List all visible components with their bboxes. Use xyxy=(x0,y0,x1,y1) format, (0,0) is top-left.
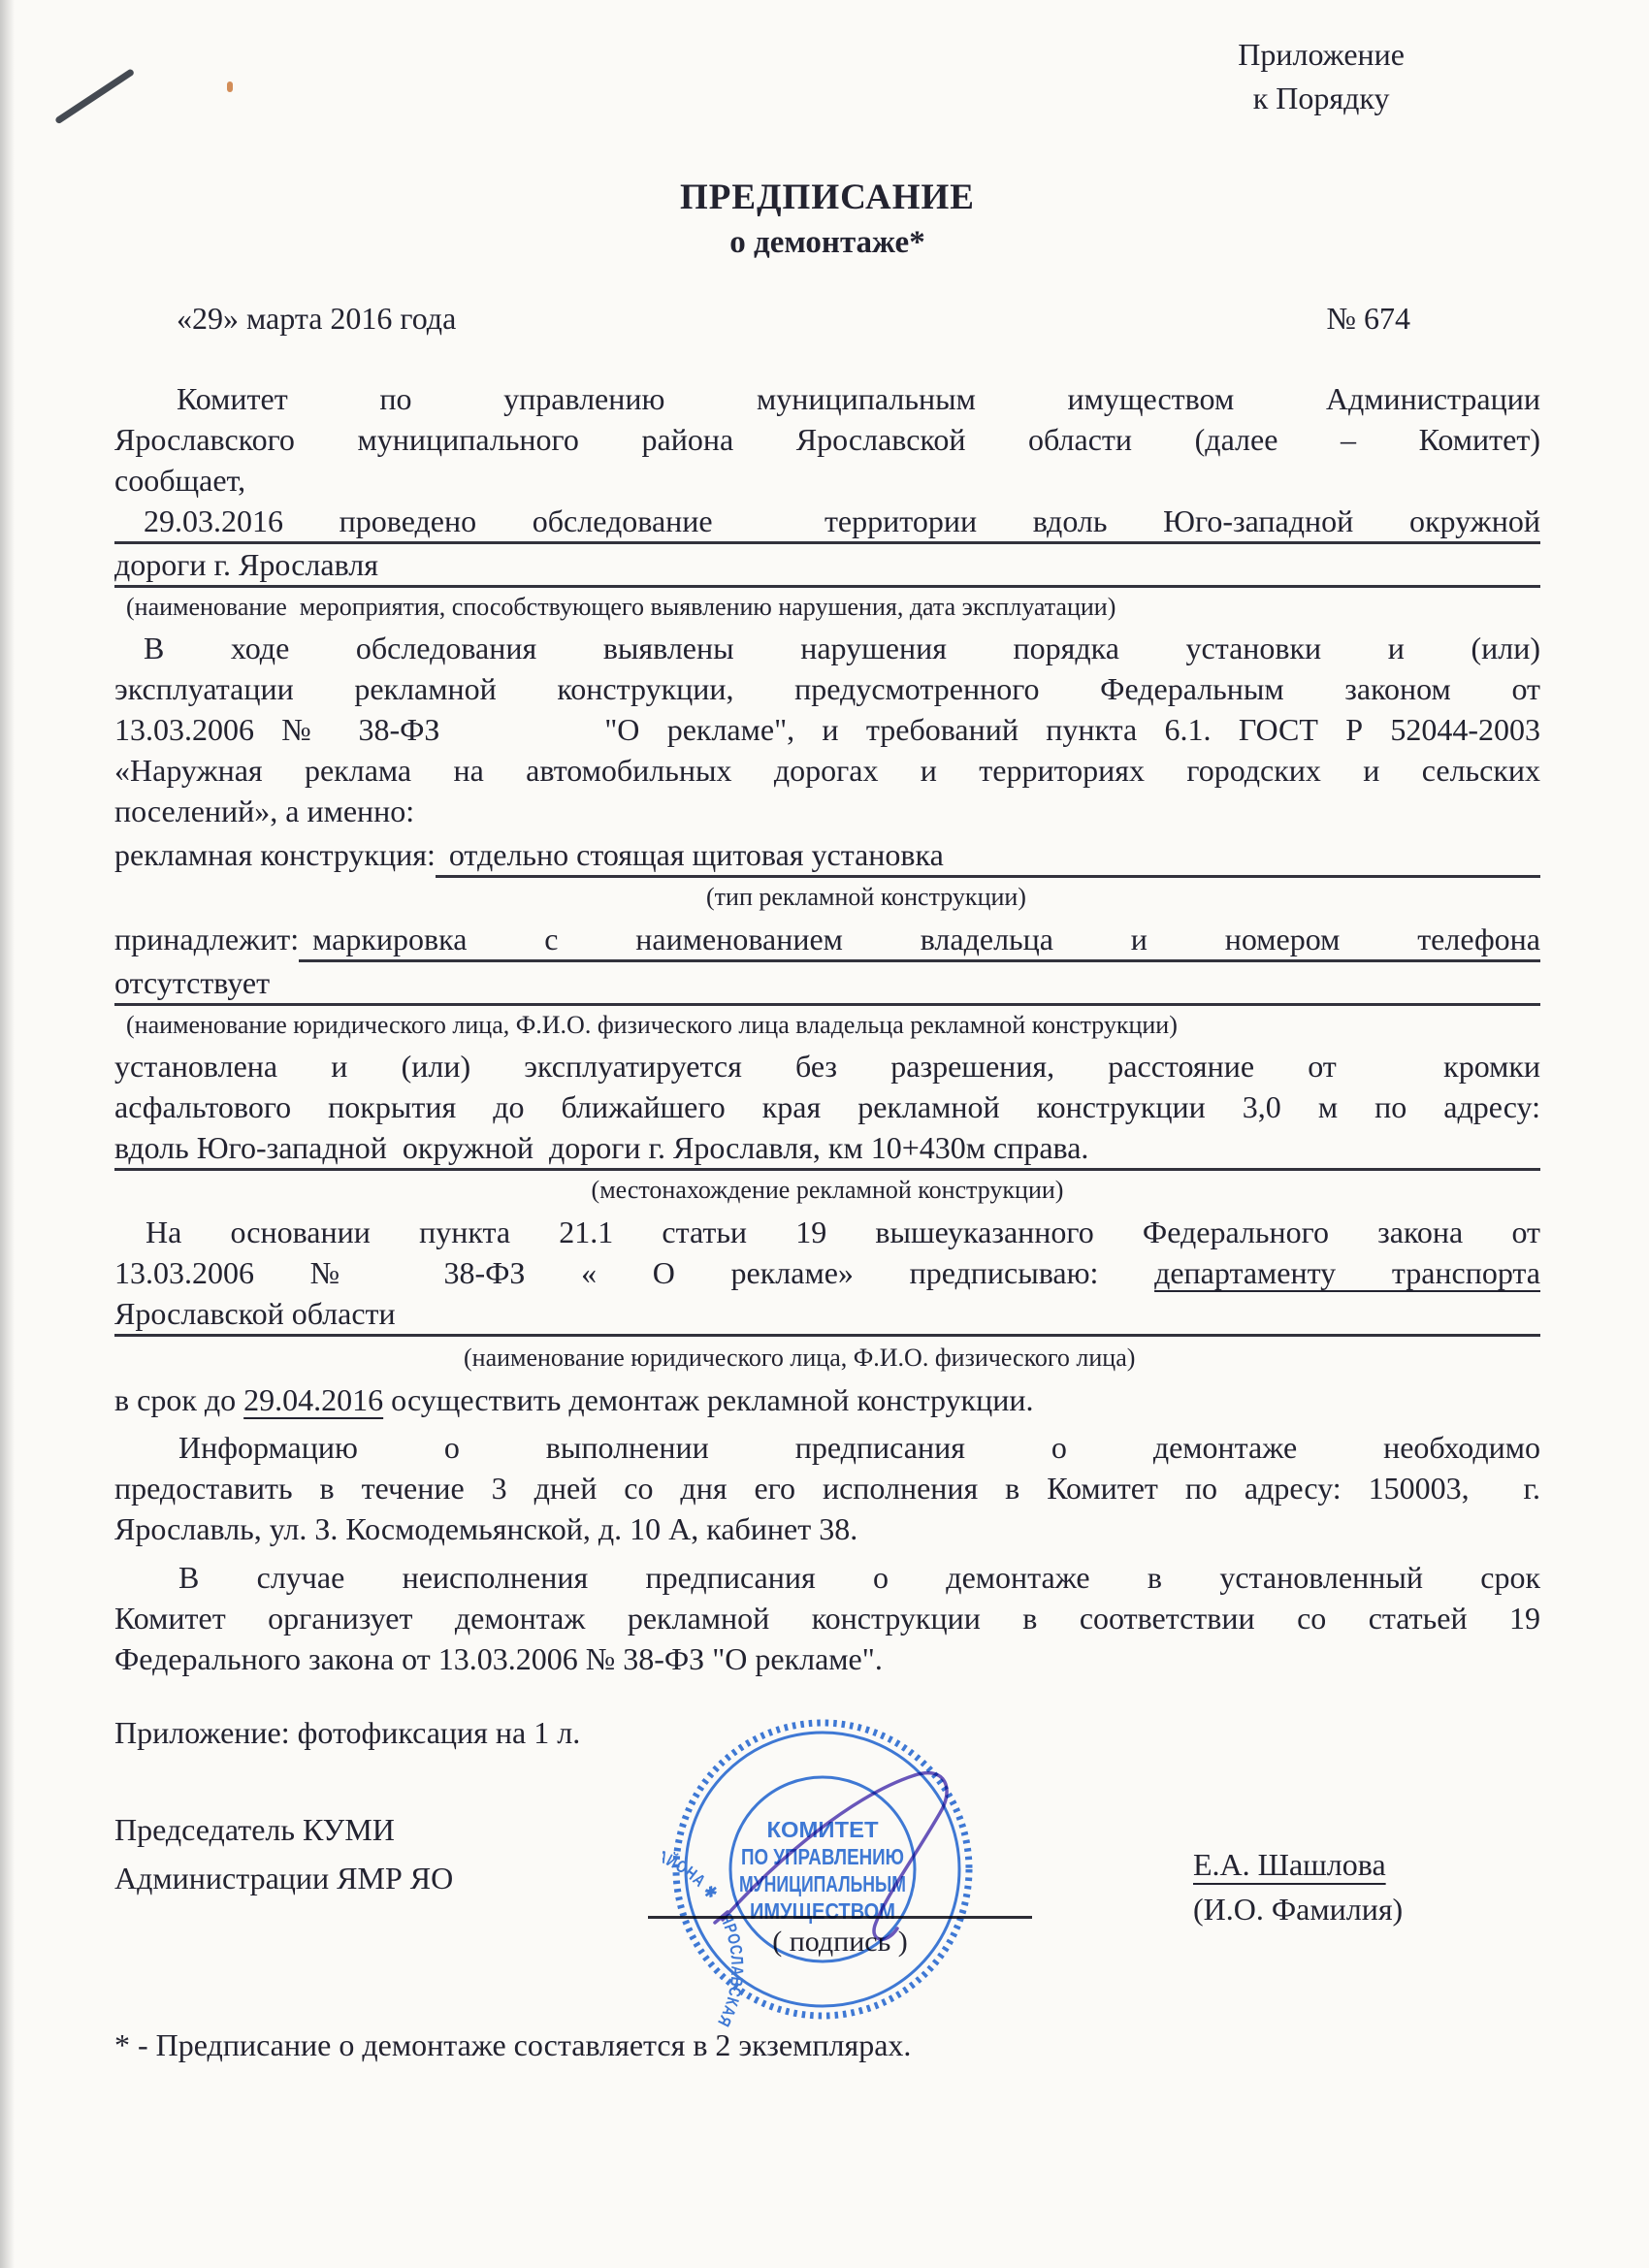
construction-type-caption: (тип рекламной конструкции) xyxy=(114,881,1540,913)
owner-overflow-line: отсутствует xyxy=(114,962,1540,1006)
doc-subtitle: о демонтаже* xyxy=(114,221,1540,264)
construction-type-value: отдельно стоящая щитовая установка xyxy=(436,834,1540,878)
title-block: ПРЕДПИСАНИЕ о демонтаже* xyxy=(114,175,1540,264)
survey-result-line1: 29.03.2016 проведено обследование террит… xyxy=(114,501,1540,544)
doc-date: «29» марта 2016 года xyxy=(177,297,456,340)
order-paragraph: На основании пункта 21.1 статьи 19 вышеу… xyxy=(114,1212,1540,1293)
info-paragraph: Информацию о выполнении предписания о де… xyxy=(114,1427,1540,1549)
installation-paragraph: установлена и (или) эксплуатируется без … xyxy=(114,1046,1540,1127)
signer-name-caption: (И.О. Фамилия) xyxy=(1193,1887,1403,1931)
footnote: * - Предписание о демонтаже составляется… xyxy=(114,2025,1540,2065)
signer-position-line1: Председатель КУМИ xyxy=(114,1805,453,1854)
appendix-line1: Приложение xyxy=(1238,33,1405,77)
date-number-row: «29» марта 2016 года № 674 xyxy=(114,297,1540,340)
document-page: Приложение к Порядку ПРЕДПИСАНИЕ о демон… xyxy=(0,0,1649,2268)
doc-title: ПРЕДПИСАНИЕ xyxy=(114,175,1540,221)
construction-type-row: рекламная конструкция: отдельно стоящая … xyxy=(114,834,1540,878)
signer-name-block: Е.А. Шашлова (И.О. Фамилия) xyxy=(1193,1842,1403,1931)
deadline-line: в срок до 29.04.2016 осуществить демонта… xyxy=(114,1379,1540,1420)
owner-value: маркировка с наименованием владельца и н… xyxy=(299,919,1540,962)
signature-area: ЯРОСЛАВСКАЯ ОБЛАСТЬ ✱ АДМИНИСТРАЦИЯ ЯРОС… xyxy=(114,1753,1540,2025)
doc-number: № 674 xyxy=(1326,297,1410,340)
location-line: вдоль Юго-западной окружной дороги г. Яр… xyxy=(114,1127,1540,1171)
signer-name: Е.А. Шашлова xyxy=(1193,1842,1403,1887)
legal-entity-caption: (наименование юридического лица, Ф.И.О. … xyxy=(114,1342,1540,1374)
owner-caption: (наименование юридического лица, Ф.И.О. … xyxy=(114,1009,1540,1041)
location-caption: (местонахождение рекламной конструкции) xyxy=(114,1174,1540,1206)
construction-type-label: рекламная конструкция: xyxy=(114,834,436,878)
orderee-overflow-line: Ярославской области xyxy=(114,1293,1540,1337)
survey-caption: (наименование мероприятия, способствующе… xyxy=(114,591,1540,623)
signer-position-line2: Администрации ЯМР ЯО xyxy=(114,1854,453,1902)
owner-label: принадлежит: xyxy=(114,919,299,962)
intro-paragraph: Комитет по управлению муниципальным имущ… xyxy=(114,378,1540,501)
signature-scribble xyxy=(663,1719,983,2029)
appendix-note: Приложение к Порядку xyxy=(1238,33,1405,120)
violation-paragraph: В ходе обследования выявлены нарушения п… xyxy=(114,628,1540,831)
survey-result-line2: дороги г. Ярославля xyxy=(114,544,1540,588)
signer-position: Председатель КУМИ Администрации ЯМР ЯО xyxy=(114,1805,453,1902)
enforcement-paragraph: В случае неисполнения предписания о демо… xyxy=(114,1557,1540,1679)
owner-row: принадлежит: маркировка с наименованием … xyxy=(114,919,1540,962)
appendix-line2: к Порядку xyxy=(1238,77,1405,120)
